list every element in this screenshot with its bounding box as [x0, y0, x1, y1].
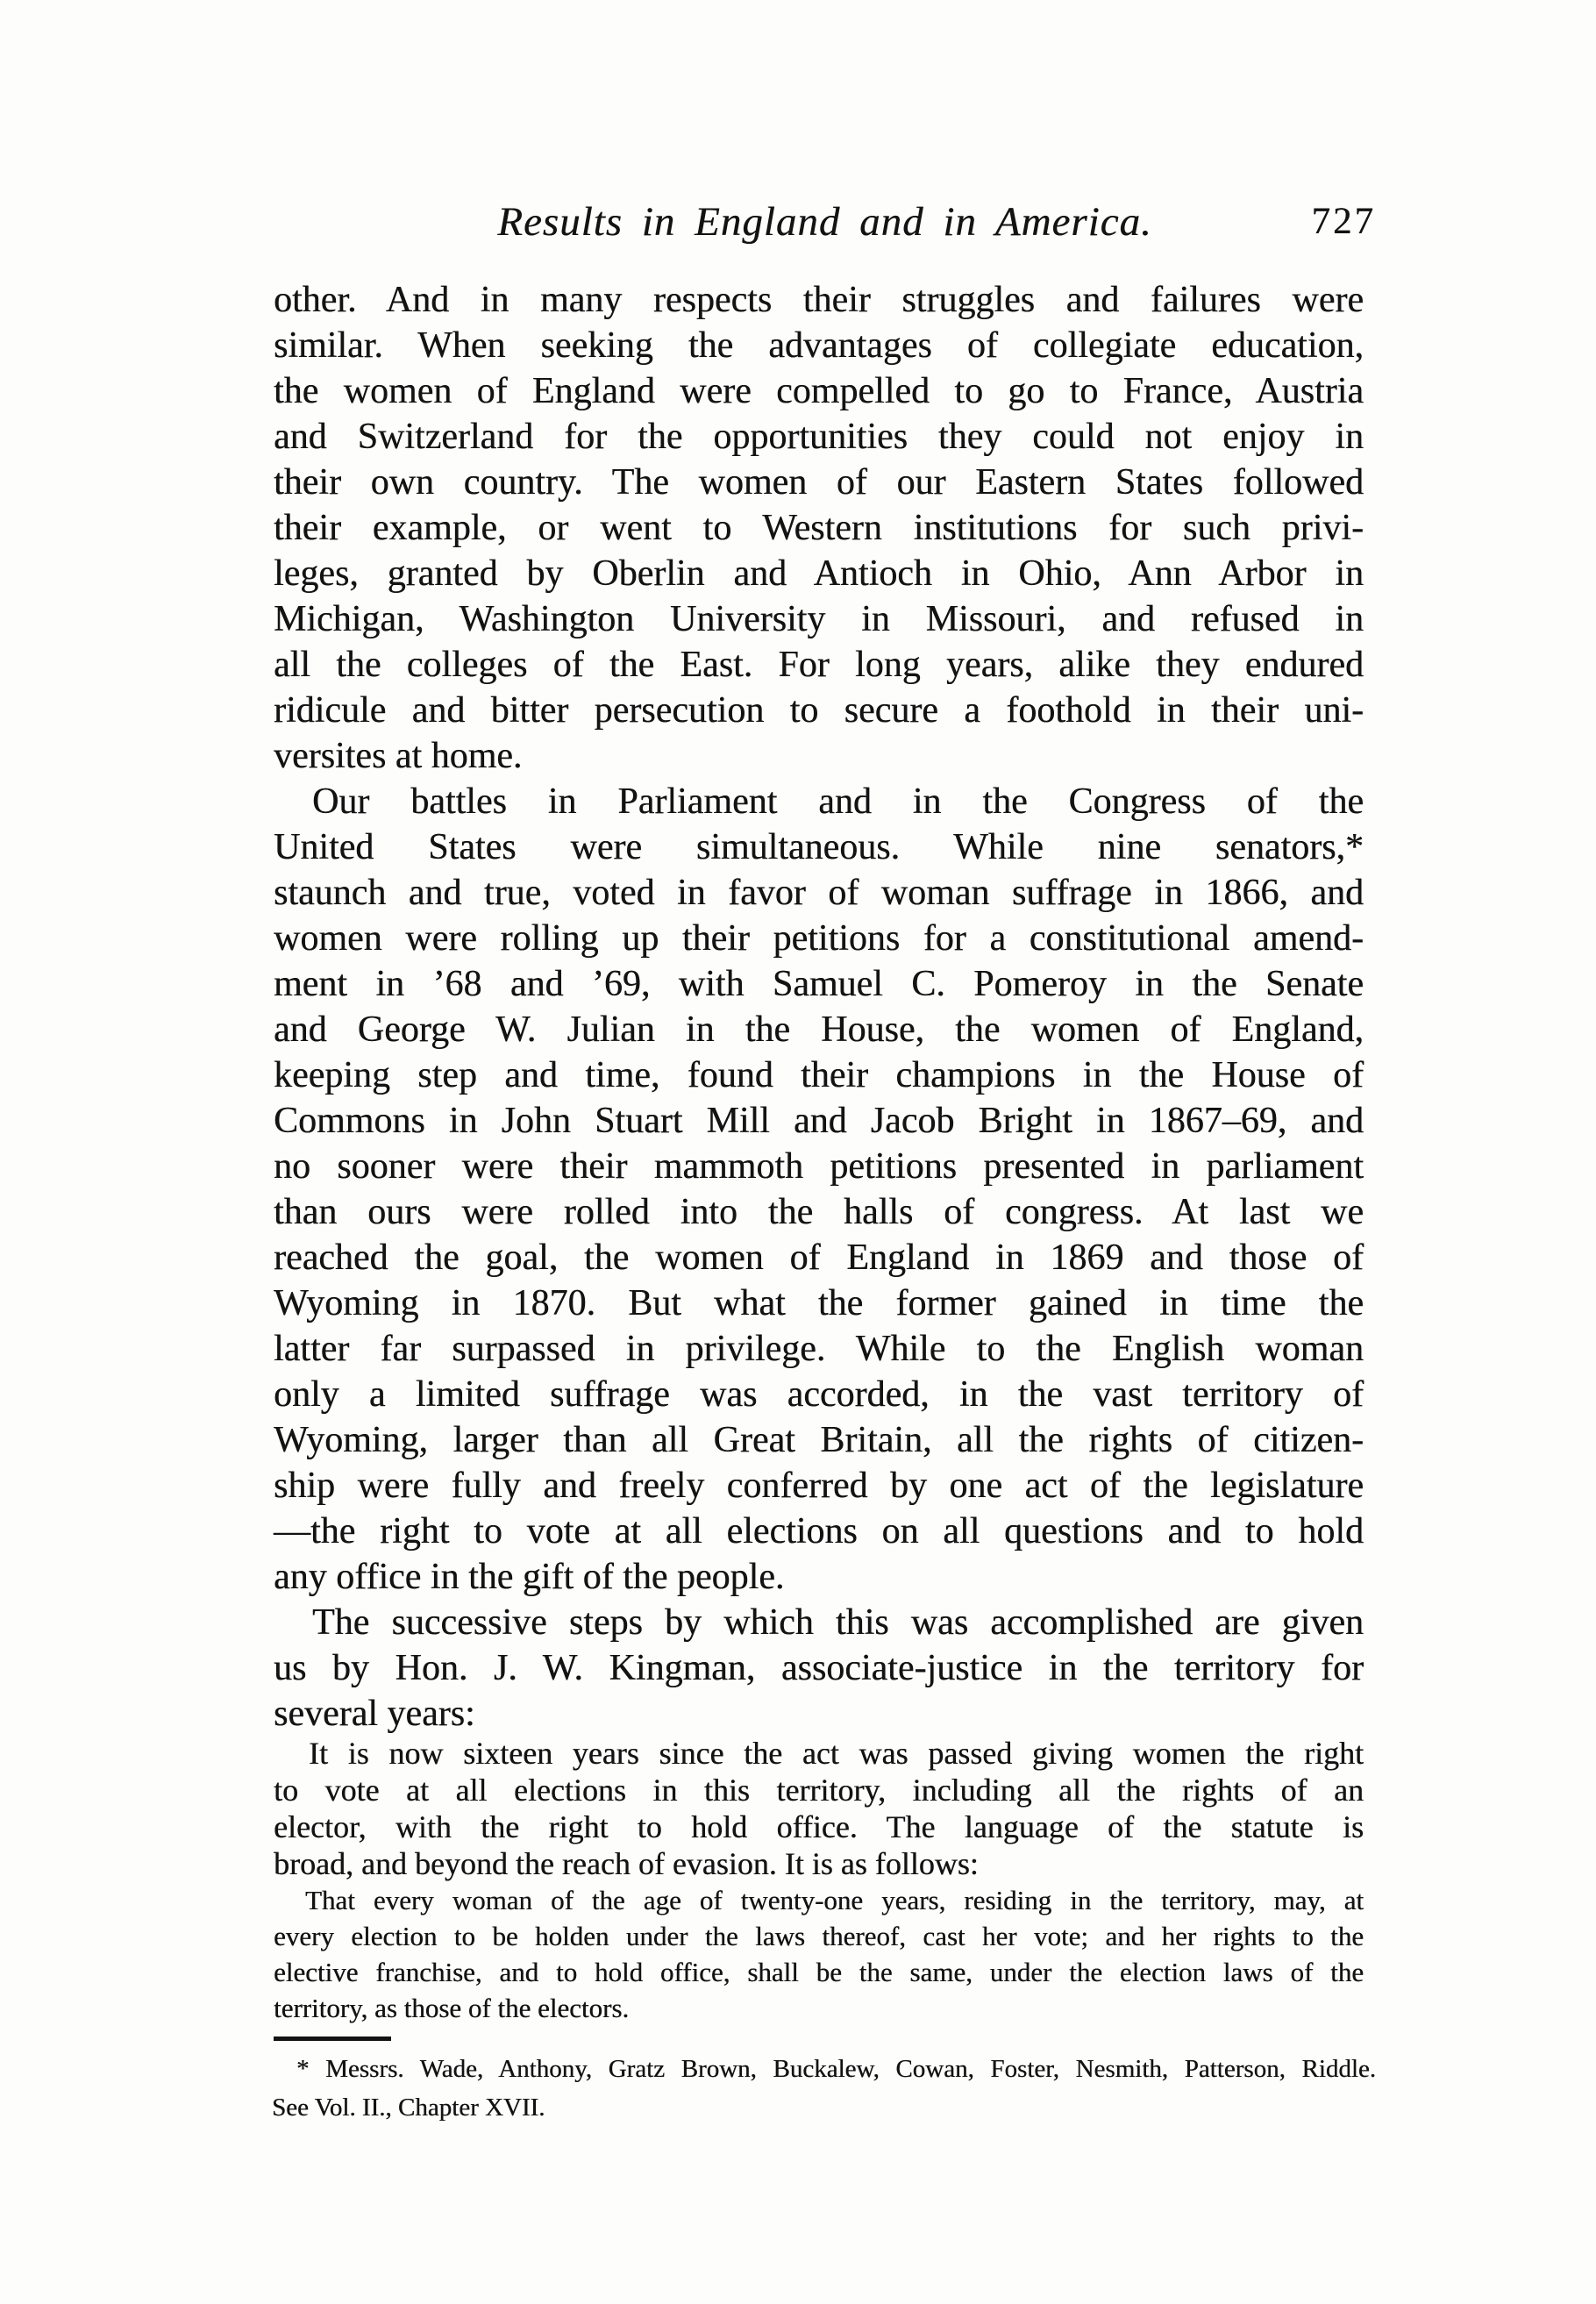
text-line: ship were fully and freely conferred by … [274, 1463, 1364, 1509]
text-line: no sooner were their mammoth petitions p… [274, 1144, 1364, 1189]
text-line: —the right to vote at all elections on a… [274, 1509, 1364, 1554]
text-line: United States were simultaneous. While n… [274, 824, 1364, 870]
text-line: The successive steps by which this was a… [274, 1600, 1364, 1645]
text-line: other. And in many respects their strugg… [274, 277, 1364, 323]
text-line: That every woman of the age of twenty-on… [274, 1882, 1364, 1918]
text-line: territory, as those of the electors. [274, 1990, 1364, 2026]
quote-block: It is now sixteen years since the act wa… [274, 1735, 1364, 1882]
text-line: elector, with the right to hold office. … [274, 1808, 1364, 1845]
text-line: versites at home. [274, 733, 1364, 779]
text-line: Commons in John Stuart Mill and Jacob Br… [274, 1098, 1364, 1144]
statute-block: That every woman of the age of twenty-on… [274, 1882, 1364, 2026]
text-line: It is now sixteen years since the act wa… [274, 1735, 1364, 1772]
page-title: Results in England and in America. [274, 195, 1376, 249]
text-line: any office in the gift of the people. [274, 1554, 1364, 1600]
text-line: to vote at all elections in this territo… [274, 1772, 1364, 1808]
text-line: women were rolling up their petitions fo… [274, 916, 1364, 961]
text-line: similar. When seeking the advantages of … [274, 323, 1364, 368]
text-line: only a limited suffrage was accorded, in… [274, 1372, 1364, 1417]
body-text: other. And in many respects their strugg… [274, 277, 1364, 1737]
text-line: ment in ’68 and ’69, with Samuel C. Pome… [274, 961, 1364, 1007]
text-line: their example, or went to Western instit… [274, 505, 1364, 551]
text-line: leges, granted by Oberlin and Antioch in… [274, 551, 1364, 596]
text-line: every election to be holden under the la… [274, 1918, 1364, 1954]
text-line: staunch and true, voted in favor of woma… [274, 870, 1364, 916]
text-line: Wyoming in 1870. But what the former gai… [274, 1280, 1364, 1326]
footnote: * Messrs. Wade, Anthony, Gratz Brown, Bu… [272, 2050, 1376, 2127]
footnote-rule [274, 2037, 391, 2041]
text-line: latter far surpassed in privilege. While… [274, 1326, 1364, 1372]
text-line: Our battles in Parliament and in the Con… [274, 779, 1364, 824]
text-line: * Messrs. Wade, Anthony, Gratz Brown, Bu… [272, 2050, 1376, 2088]
running-head: Results in England and in America. 727 [274, 195, 1376, 249]
text-line: their own country. The women of our East… [274, 460, 1364, 505]
text-line: all the colleges of the East. For long y… [274, 642, 1364, 688]
text-line: than ours were rolled into the halls of … [274, 1189, 1364, 1235]
text-line: Wyoming, larger than all Great Britain, … [274, 1417, 1364, 1463]
text-line: ridicule and bitter persecution to secur… [274, 688, 1364, 733]
text-line: us by Hon. J. W. Kingman, associate-just… [274, 1645, 1364, 1691]
book-page: Results in England and in America. 727 o… [0, 0, 1596, 2304]
text-line: broad, and beyond the reach of evasion. … [274, 1845, 1364, 1882]
text-line: reached the goal, the women of England i… [274, 1235, 1364, 1280]
text-line: elective franchise, and to hold office, … [274, 1954, 1364, 1990]
text-line: Michigan, Washington University in Misso… [274, 596, 1364, 642]
page-number: 727 [1312, 195, 1377, 249]
text-line: several years: [274, 1691, 1364, 1737]
text-line: the women of England were compelled to g… [274, 368, 1364, 414]
text-line: keeping step and time, found their champ… [274, 1052, 1364, 1098]
text-line: and Switzerland for the opportunities th… [274, 414, 1364, 460]
text-line: See Vol. II., Chapter XVII. [272, 2088, 1376, 2127]
text-line: and George W. Julian in the House, the w… [274, 1007, 1364, 1052]
